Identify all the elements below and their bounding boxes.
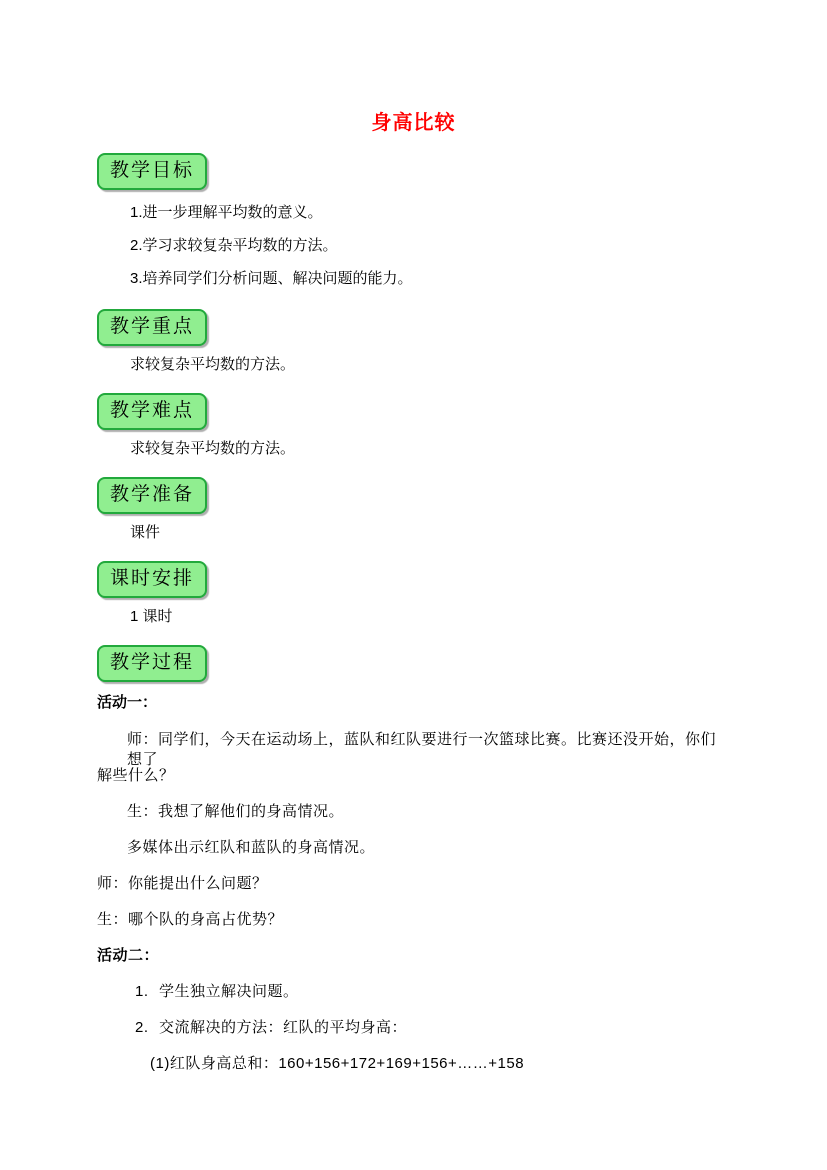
- formula-line-red-team-sum: (1)红队身高总和：160+156+172+169+156+……+158: [97, 1054, 730, 1090]
- step-number-2: 2.: [135, 1018, 159, 1038]
- activity-one-heading: 活动一：: [97, 693, 730, 713]
- numbered-step-2: 2.交流解决的方法：红队的平均身高：: [97, 1018, 730, 1054]
- lesson-schedule-text: 1 课时: [97, 607, 730, 627]
- section-heading-teaching-difficulty: 教学难点: [97, 393, 207, 430]
- document-page: 身高比较 教学目标 1.进一步理解平均数的意义。 2.学习求较复杂平均数的方法。…: [0, 0, 827, 1170]
- teacher-dialogue-line-1: 师：同学们，今天在运动场上，蓝队和红队要进行一次篮球比赛。比赛还没开始，你们想了: [97, 730, 730, 766]
- activity-two-heading: 活动二：: [97, 946, 730, 982]
- student-dialogue-line-2: 生：哪个队的身高占优势？: [97, 910, 730, 946]
- teacher-dialogue-line-1-wrap: 解些什么？: [97, 766, 730, 802]
- teaching-focus-text: 求较复杂平均数的方法。: [97, 355, 730, 375]
- teacher-dialogue-line-2: 师：你能提出什么问题？: [97, 874, 730, 910]
- objective-item-1: 1.进一步理解平均数的意义。: [97, 203, 730, 223]
- step-number-1: 1.: [135, 982, 159, 1002]
- student-dialogue-line-1: 生：我想了解他们的身高情况。: [97, 802, 730, 838]
- section-heading-teaching-preparation: 教学准备: [97, 477, 207, 514]
- section-heading-teaching-process: 教学过程: [97, 645, 207, 682]
- section-heading-lesson-schedule: 课时安排: [97, 561, 207, 598]
- numbered-step-1: 1.学生独立解决问题。: [97, 982, 730, 1018]
- objective-item-3: 3.培养同学们分析问题、解决问题的能力。: [97, 269, 730, 289]
- teaching-difficulty-text: 求较复杂平均数的方法。: [97, 439, 730, 459]
- document-title: 身高比较: [97, 0, 730, 130]
- section-heading-teaching-focus: 教学重点: [97, 309, 207, 346]
- objective-item-2: 2.学习求较复杂平均数的方法。: [97, 236, 730, 256]
- multimedia-note-line: 多媒体出示红队和蓝队的身高情况。: [97, 838, 730, 874]
- teaching-preparation-text: 课件: [97, 523, 730, 543]
- section-heading-teaching-objectives: 教学目标: [97, 153, 207, 190]
- step-text-2: 交流解决的方法：红队的平均身高：: [159, 1019, 407, 1036]
- step-text-1: 学生独立解决问题。: [159, 983, 299, 1000]
